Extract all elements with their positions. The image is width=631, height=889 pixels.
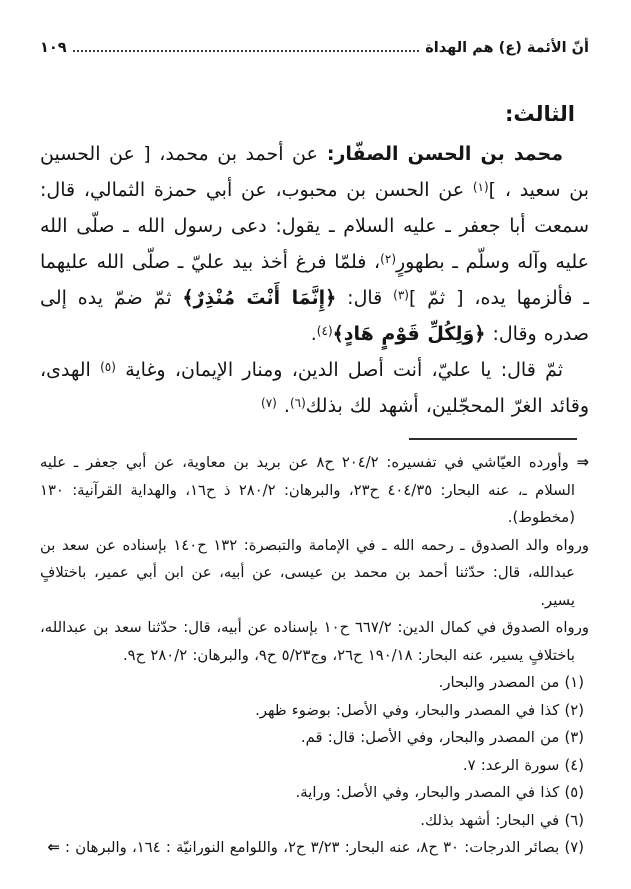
body-text: ثمّ قال: يا عليّ، أنت أصل الدين، ومنار ا… [116, 359, 563, 381]
dot-leader [73, 50, 420, 52]
footnote-number: (٤) [564, 757, 584, 774]
running-header-title: أنّ الأئمة (ع) هم الهداة [425, 40, 589, 56]
footnote-text: كذا في المصدر والبحار، وفي الأصل: وراية. [296, 784, 560, 801]
footnote-item-7: (٧) بصائر الدرجات: ٣٠ ح٨، عنه البحار: ٣/… [40, 834, 589, 862]
body-text: . [277, 395, 290, 417]
footnote-continuation-block: ⇒ وأورده العيّاشي في تفسيره: ٢٠٤/٢ ح٨ عن… [40, 449, 589, 532]
footnote-ref-6: (٦) [290, 396, 306, 410]
continuation-from-arrow-icon: ⇒ [577, 454, 589, 471]
body-text: قال: [336, 287, 393, 309]
footnote-ref-7: (٧) [261, 396, 277, 410]
paragraph-hadith-isnad: محمد بن الحسن الصفّار: عن أحمد بن محمد، … [40, 136, 589, 352]
footnote-number: (١) [564, 674, 584, 691]
footnote-ref-5: (٥) [100, 360, 116, 374]
footnote-text: ورواه الصدوق في كمال الدين: ٦٦٧/٢ ح١٠ بإ… [40, 619, 589, 664]
footnote-number: (٦) [564, 812, 584, 829]
footnote-item-4: (٤) سورة الرعد: ٧. [40, 752, 589, 780]
footnote-continuation-block: ورواه والد الصدوق ـ رحمه الله ـ في الإما… [40, 532, 589, 615]
paragraph-hadith-matn: ثمّ قال: يا عليّ، أنت أصل الدين، ومنار ا… [40, 352, 589, 424]
footnote-text: بصائر الدرجات: ٣٠ ح٨، عنه البحار: ٣/٢٣ ح… [60, 839, 559, 856]
footnote-ref-4: (٤) [317, 324, 333, 338]
footnotes-section: ⇒ وأورده العيّاشي في تفسيره: ٢٠٤/٢ ح٨ عن… [40, 438, 589, 862]
continuation-to-arrow-icon: ⇐ [47, 839, 59, 856]
footnote-ref-2: (٢) [380, 252, 396, 266]
footnote-number: (٣) [564, 729, 584, 746]
footnote-item-6: (٦) في البحار: أشهد بذلك. [40, 807, 589, 835]
footnote-item-1: (١) من المصدر والبحار. [40, 669, 589, 697]
footnote-number: (٢) [564, 702, 584, 719]
footnote-item-2: (٢) كذا في المصدر والبحار، وفي الأصل: بو… [40, 697, 589, 725]
running-header: أنّ الأئمة (ع) هم الهداة ١٠٩ [40, 40, 589, 56]
footnote-text: في البحار: أشهد بذلك. [420, 812, 559, 829]
footnote-number: (٥) [564, 784, 584, 801]
footnote-item-5: (٥) كذا في المصدر والبحار، وفي الأصل: ور… [40, 779, 589, 807]
footnote-text: من المصدر والبحار، وفي الأصل: قال: قم. [301, 729, 559, 746]
footnote-text: سورة الرعد: ٧. [463, 757, 559, 774]
page-body: الثالث: محمد بن الحسن الصفّار: عن أحمد ب… [40, 102, 589, 424]
footnote-continuation-block: ورواه الصدوق في كمال الدين: ٦٦٧/٢ ح١٠ بإ… [40, 614, 589, 669]
book-page: أنّ الأئمة (ع) هم الهداة ١٠٩ الثالث: محم… [0, 0, 631, 889]
footnote-ref-3: (٣) [393, 288, 409, 302]
footnote-text: من المصدر والبحار. [439, 674, 560, 691]
footnote-text: كذا في المصدر والبحار، وفي الأصل: بوضوء … [255, 702, 559, 719]
narrator-lead: محمد بن الحسن الصفّار: [318, 143, 563, 165]
footnote-separator [409, 438, 577, 440]
footnote-number: (٧) [564, 839, 584, 856]
footnote-ref-1: (١) [473, 180, 489, 194]
section-heading: الثالث: [40, 102, 575, 126]
footnote-text: ورواه والد الصدوق ـ رحمه الله ـ في الإما… [40, 537, 589, 609]
page-number: ١٠٩ [40, 40, 67, 56]
quran-verse-2: ﴿وَلِكُلِّ قَوْمٍ هَادٍ﴾ [333, 323, 486, 345]
footnote-item-3: (٣) من المصدر والبحار، وفي الأصل: قال: ق… [40, 724, 589, 752]
footnote-text: وأورده العيّاشي في تفسيره: ٢٠٤/٢ ح٨ عن ب… [40, 454, 575, 526]
quran-verse-1: ﴿إِنَّمَا أَنْتَ مُنْذِرٌ﴾ [182, 287, 336, 309]
